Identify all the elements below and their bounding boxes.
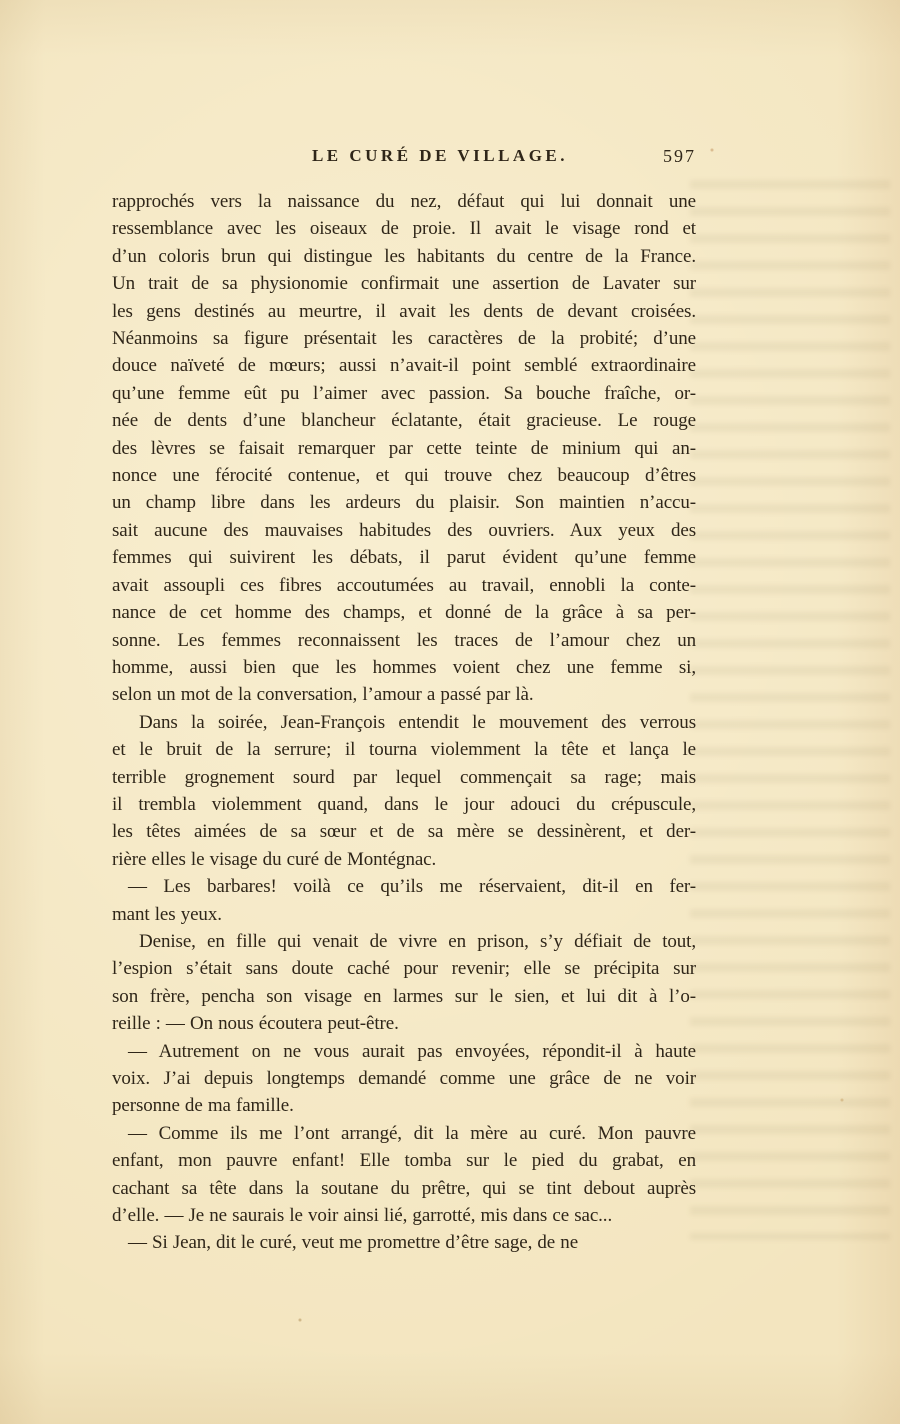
text-line: — Si Jean, dit le curé, veut me promettr… [112, 1229, 696, 1256]
text-line: selon un mot de la conversation, l’amour… [112, 681, 696, 708]
text-line: née de dents d’une blancheur éclatante, … [112, 407, 696, 434]
paragraph: Dans la soirée, Jean-François entendit l… [112, 709, 696, 873]
paragraph: — Les barbares! voilà ce qu’ils me réser… [112, 873, 696, 928]
text-line: Néanmoins sa figure présentait les carac… [112, 325, 696, 352]
text-line: les têtes aimées de sa sœur et de sa mèr… [112, 818, 696, 845]
text-line: son frère, pencha son visage en larmes s… [112, 983, 696, 1010]
text-line: Dans la soirée, Jean-François entendit l… [112, 709, 696, 736]
text-line: homme, aussi bien que les hommes voient … [112, 654, 696, 681]
text-line: — Les barbares! voilà ce qu’ils me réser… [112, 873, 696, 900]
paragraph: — Autrement on ne vous aurait pas envoyé… [112, 1038, 696, 1120]
text-line: sonne. Les femmes reconnaissent les trac… [112, 627, 696, 654]
paragraph: rapprochés vers la naissance du nez, déf… [112, 188, 696, 709]
text-line: mant les yeux. [112, 901, 696, 928]
text-line: qu’une femme eût pu l’aimer avec passion… [112, 380, 696, 407]
text-line: cachant sa tête dans la soutane du prêtr… [112, 1175, 696, 1202]
text-line: — Comme ils me l’ont arrangé, dit la mèr… [112, 1120, 696, 1147]
text-line: rapprochés vers la naissance du nez, déf… [112, 188, 696, 215]
text-line: reille : — On nous écoutera peut-être. [112, 1010, 696, 1037]
text-line: et le bruit de la serrure; il tourna vio… [112, 736, 696, 763]
paragraph: — Comme ils me l’ont arrangé, dit la mèr… [112, 1120, 696, 1230]
text-line: rière elles le visage du curé de Montégn… [112, 846, 696, 873]
verso-bleedthrough [690, 180, 890, 1240]
text-line: il trembla violemment quand, dans le jou… [112, 791, 696, 818]
text-line: douce naïveté de mœurs; aussi n’avait-il… [112, 352, 696, 379]
text-line: terrible grognement sourd par lequel com… [112, 764, 696, 791]
text-line: nance de cet homme des champs, et donné … [112, 599, 696, 626]
scanned-book-page: { "document": { "header": { "running_tit… [0, 0, 900, 1424]
page-body: rapprochés vers la naissance du nez, déf… [112, 188, 696, 1257]
text-line: voix. J’ai depuis longtemps demandé comm… [112, 1065, 696, 1092]
text-line: Un trait de sa physionomie confirmait un… [112, 270, 696, 297]
text-line: enfant, mon pauvre enfant! Elle tomba su… [112, 1147, 696, 1174]
text-line: sait aucune des mauvaises habitudes des … [112, 517, 696, 544]
paragraph: Denise, en fille qui venait de vivre en … [112, 928, 696, 1038]
running-title: LE CURÉ DE VILLAGE. [148, 146, 732, 166]
text-line: nonce une férocité contenue, et qui trou… [112, 462, 696, 489]
text-line: Denise, en fille qui venait de vivre en … [112, 928, 696, 955]
text-line: un champ libre dans les ardeurs du plais… [112, 489, 696, 516]
text-line: personne de ma famille. [112, 1092, 696, 1119]
paragraph: — Si Jean, dit le curé, veut me promettr… [112, 1229, 696, 1256]
text-line: ressemblance avec les oiseaux de proie. … [112, 215, 696, 242]
text-line: l’espion s’était sans doute caché pour r… [112, 955, 696, 982]
text-line: d’elle. — Je ne saurais le voir ainsi li… [112, 1202, 696, 1229]
page-header: LE CURÉ DE VILLAGE. 597 [112, 146, 696, 176]
text-line: d’un coloris brun qui distingue les habi… [112, 243, 696, 270]
text-line: des lèvres se faisait remarquer par cett… [112, 435, 696, 462]
text-line: femmes qui suivirent les débats, il paru… [112, 544, 696, 571]
text-line: — Autrement on ne vous aurait pas envoyé… [112, 1038, 696, 1065]
text-line: les gens destinés au meurtre, il avait l… [112, 298, 696, 325]
text-line: avait assoupli ces fibres accoutumées au… [112, 572, 696, 599]
page-number: 597 [663, 146, 696, 167]
